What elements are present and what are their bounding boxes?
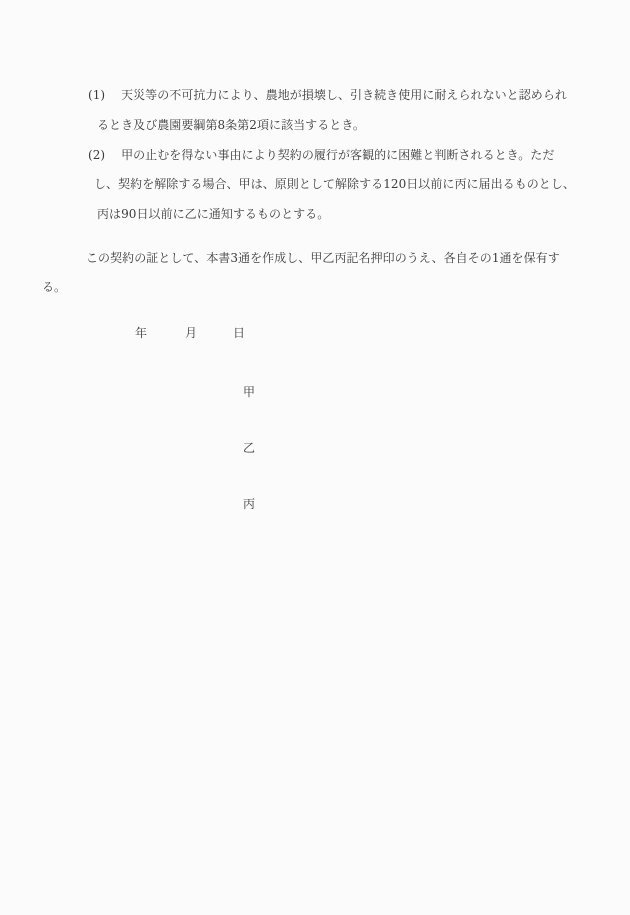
signatory-label-hei: 丙 [243, 496, 255, 512]
clause-1-line-2: るとき及び農園要綱第8条第2項に該当するとき。 [97, 117, 365, 133]
date-month-label: 月 [185, 325, 197, 341]
closing-sentence-line-1: この契約の証として、本書3通を作成し、甲乙丙記名押印のうえ、各自その1通を保有す [86, 250, 560, 266]
clause-2-line-2: し、契約を解除する場合、甲は、原則として解除する120日以前に丙に届出るものとし… [94, 176, 575, 192]
signatory-label-otsu: 乙 [243, 440, 255, 456]
clause-2-line-1: (2) 甲の止むを得ない事由により契約の履行が客観的に困難と判断されるとき。ただ [88, 147, 554, 163]
clause-2-line-3: 丙は90日以前に乙に通知するものとする。 [97, 206, 329, 222]
date-year-label: 年 [135, 325, 147, 341]
closing-sentence-line-2: る。 [42, 279, 66, 295]
contract-document-page: (1) 天災等の不可抗力により、農地が損壊し、引き続き使用に耐えられないと認めら… [0, 0, 630, 915]
signatory-label-kou: 甲 [243, 384, 255, 400]
clause-1-line-1: (1) 天災等の不可抗力により、農地が損壊し、引き続き使用に耐えられないと認めら… [88, 87, 567, 103]
date-day-label: 日 [233, 325, 245, 341]
